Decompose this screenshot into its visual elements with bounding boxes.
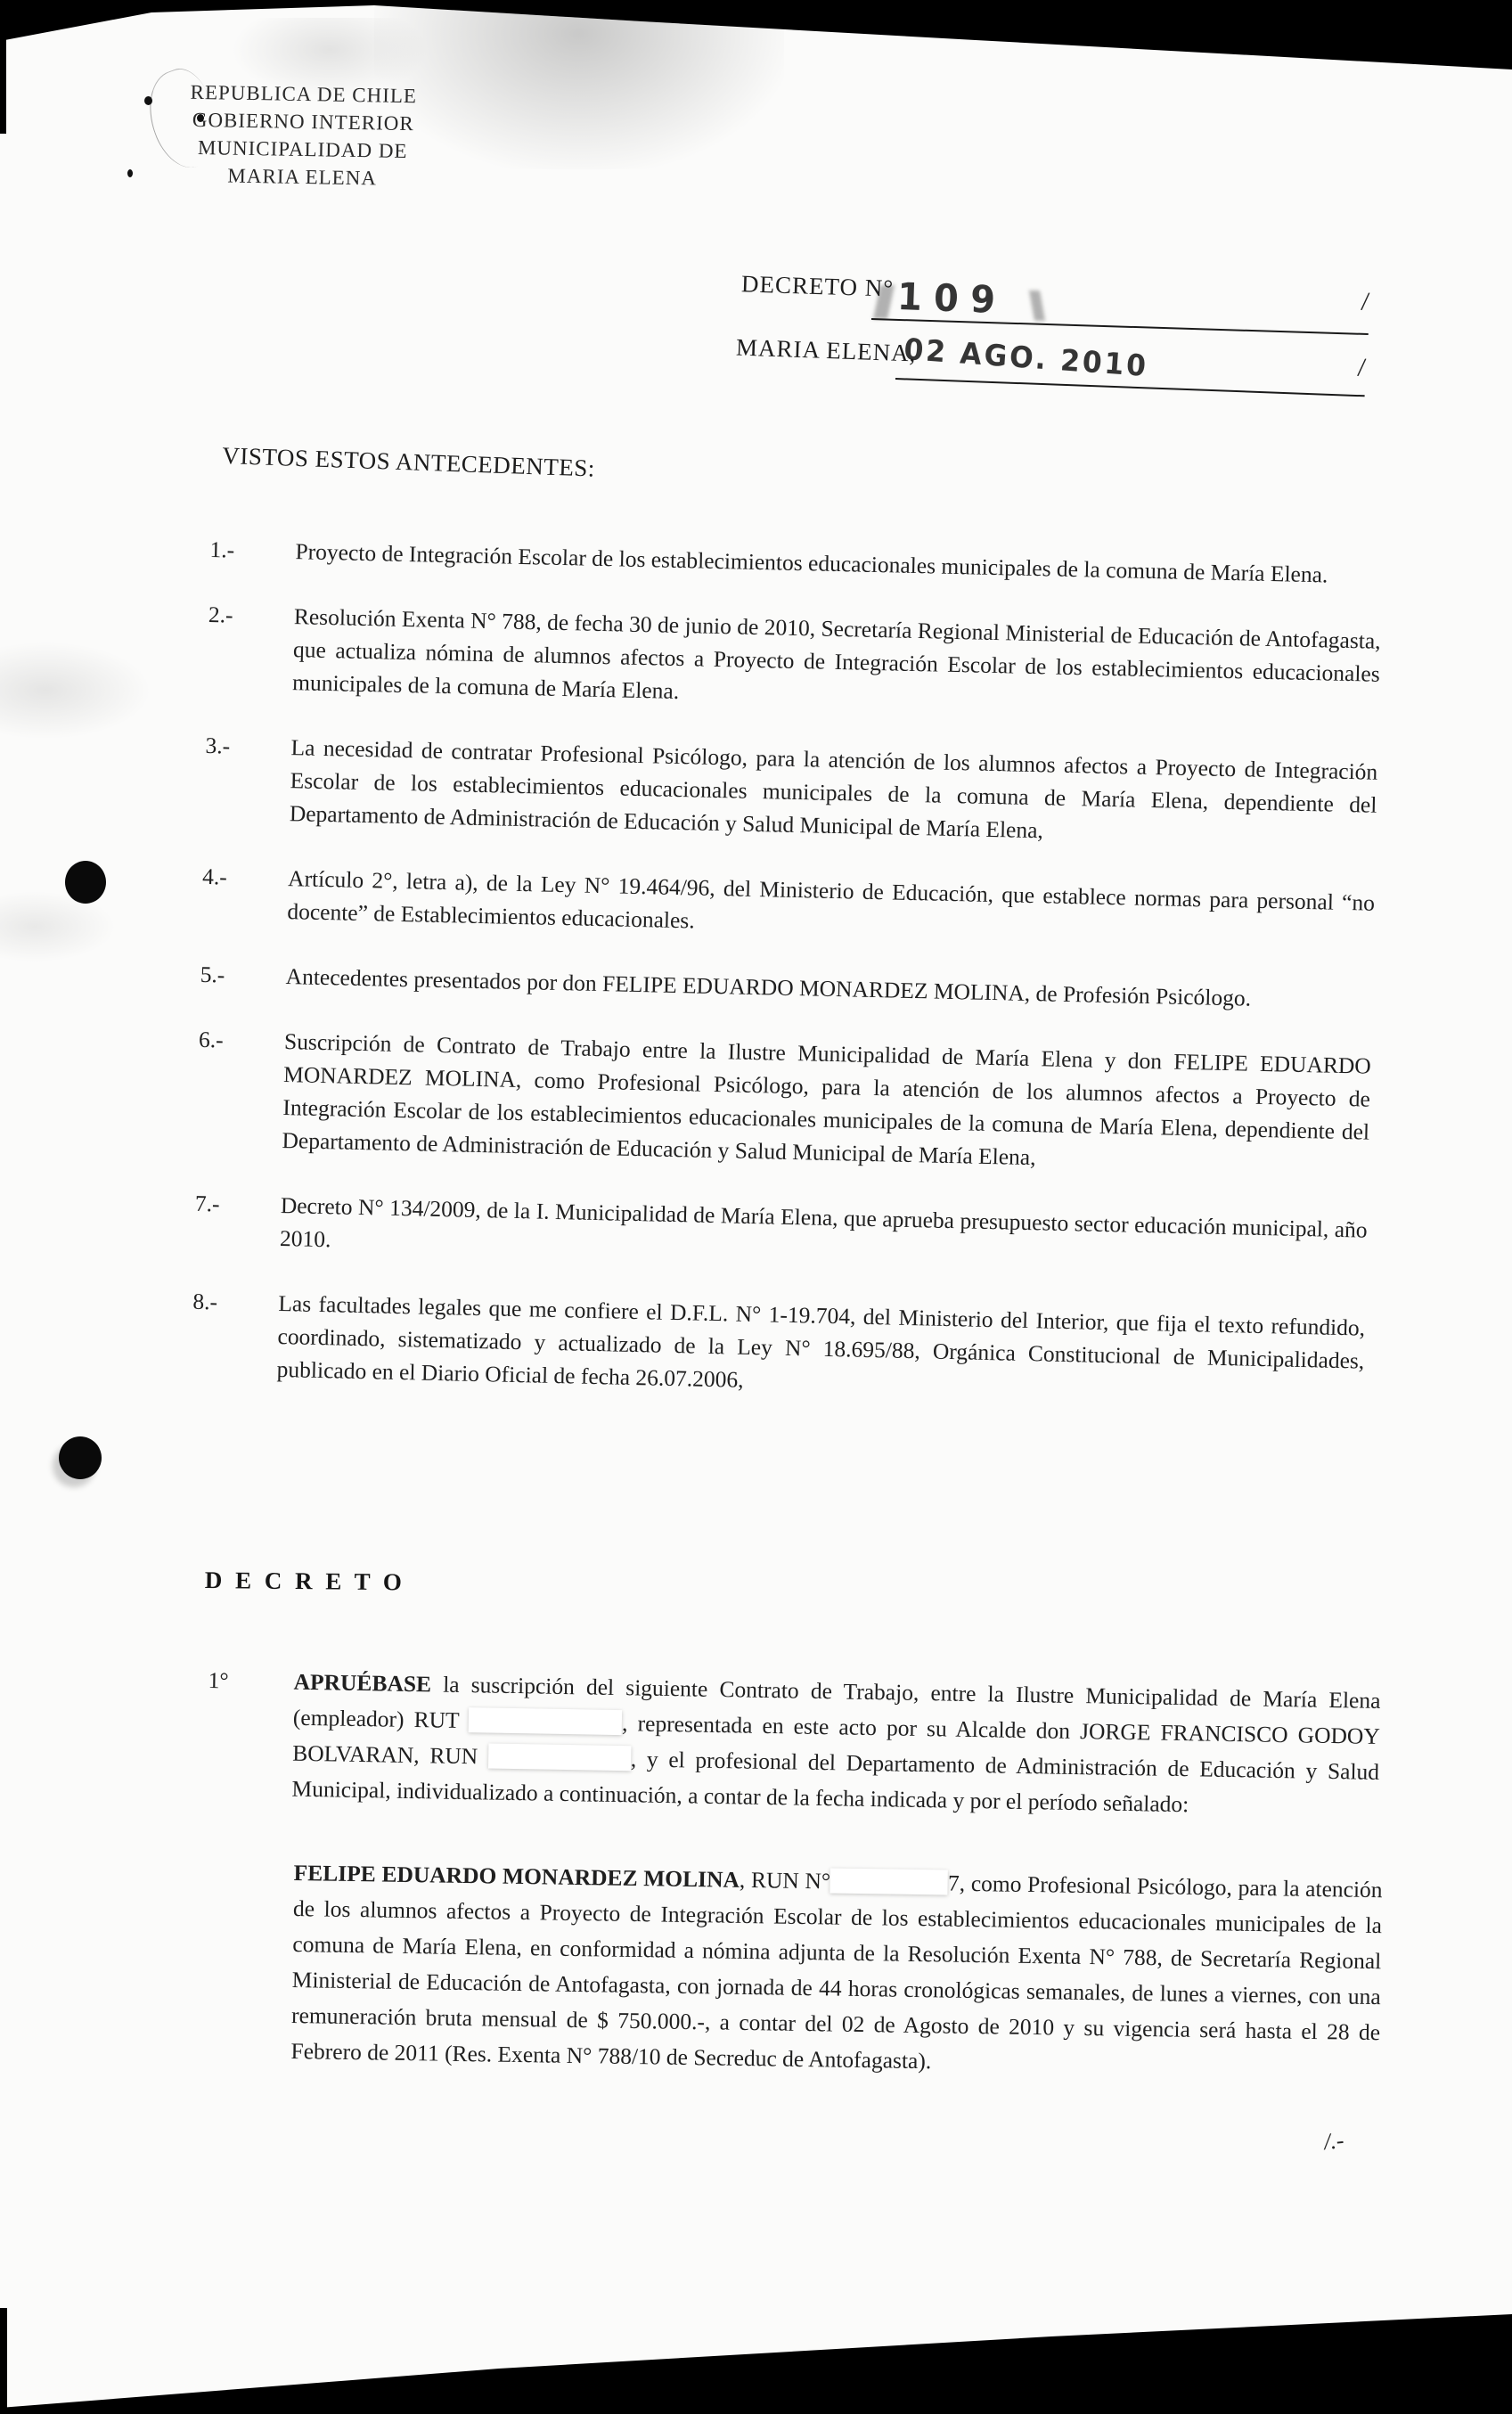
item-number: 2.- xyxy=(207,598,294,699)
item-text: Resolución Exenta N° 788, de fecha 30 de… xyxy=(292,600,1381,724)
contract-text: 7 xyxy=(948,1870,960,1896)
point-1: 1° APRUÉBASE la suscripción del siguient… xyxy=(206,1663,1381,1826)
contract-text: , como Profesional Psicólogo, para la at… xyxy=(290,1870,1382,2074)
point-text-bold: APRUÉBASE xyxy=(293,1669,431,1698)
redaction-box-run xyxy=(488,1743,631,1771)
scan-edge xyxy=(0,36,6,134)
antecedentes-list: 1.- Proyecto de Integración Escolar de l… xyxy=(191,533,1383,1443)
scan-smudge xyxy=(0,642,151,740)
contract-text: , RUN N° xyxy=(740,1867,831,1894)
item-number: 8.- xyxy=(191,1285,278,1386)
item-number: 3.- xyxy=(203,729,290,830)
item-number: 7.- xyxy=(194,1187,282,1255)
point-number: 1° xyxy=(208,1663,229,1698)
paper-sheet: REPUBLICA DE CHILE GOBIERNO INTERIOR MUN… xyxy=(0,0,1512,2414)
antecedente-item: 1.- Proyecto de Integración Escolar de l… xyxy=(209,533,1383,593)
antecedente-item: 5.- Antecedentes presentados por don FEL… xyxy=(200,958,1373,1018)
antecedente-item: 3.- La necesidad de contratar Profesiona… xyxy=(203,729,1377,855)
punch-hole-mark xyxy=(59,1436,102,1479)
contract-paragraph: FELIPE EDUARDO MONARDEZ MOLINA, RUN N°7,… xyxy=(290,1855,1383,2086)
decree-number-label: DECRETO N° xyxy=(741,270,895,302)
antecedente-item: 4.- Artículo 2°, letra a), de la Ley N° … xyxy=(201,860,1375,953)
scan-wrinkle-shadow xyxy=(374,0,784,169)
redaction-box-rut xyxy=(469,1707,622,1735)
slash-mark: / xyxy=(1360,287,1370,318)
ink-dot xyxy=(197,114,204,122)
item-text: Las facultades legales que me confiere e… xyxy=(276,1287,1365,1411)
contract-name-bold: FELIPE EDUARDO MONARDEZ MOLINA xyxy=(293,1860,740,1893)
item-number: 1.- xyxy=(209,533,296,568)
item-text: Decreto N° 134/2009, de la I. Municipali… xyxy=(280,1189,1368,1280)
antecedente-item: 6.- Suscripción de Contrato de Trabajo e… xyxy=(196,1023,1371,1182)
letterhead-line: REPUBLICA DE CHILE xyxy=(179,78,429,110)
ink-dot xyxy=(144,96,152,105)
vistos-heading: VISTOS ESTOS ANTECEDENTES: xyxy=(222,442,595,483)
antecedente-item: 8.- Las facultades legales que me confie… xyxy=(191,1285,1365,1411)
slash-mark: / xyxy=(1356,353,1367,384)
item-number: 5.- xyxy=(200,958,286,993)
item-text: Artículo 2°, letra a), de la Ley N° 19.4… xyxy=(287,862,1375,953)
decree-number-stamp: 109 xyxy=(896,274,1008,322)
scan-edge xyxy=(0,2308,7,2414)
item-number: 4.- xyxy=(201,860,289,928)
ink-dot xyxy=(127,169,133,177)
item-text: Suscripción de Contrato de Trabajo entre… xyxy=(282,1025,1371,1182)
decreto-heading: D E C R E T O xyxy=(205,1567,405,1596)
antecedente-item: 2.- Resolución Exenta N° 788, de fecha 3… xyxy=(207,598,1381,724)
redaction-box-run xyxy=(830,1868,948,1894)
letterhead-line: MARIA ELENA xyxy=(177,161,427,193)
scan-smudge xyxy=(0,891,116,962)
date-stamp: 02 AGO. 2010 xyxy=(903,331,1149,383)
decree-number-underline xyxy=(871,318,1369,335)
item-text: Proyecto de Integración Escolar de los e… xyxy=(295,535,1383,593)
page-continuation-mark: /.- xyxy=(1322,2127,1344,2156)
stamp-smudge xyxy=(1029,290,1045,321)
item-number: 6.- xyxy=(196,1023,284,1157)
item-text: Antecedentes presentados por don FELIPE … xyxy=(285,960,1373,1018)
item-text: La necesidad de contratar Profesional Ps… xyxy=(289,731,1377,855)
antecedente-item: 7.- Decreto N° 134/2009, de la I. Munici… xyxy=(194,1187,1368,1280)
punch-hole-mark xyxy=(65,861,106,904)
date-place-label: MARIA ELENA, xyxy=(736,333,917,367)
scanned-decree-page: { "letterhead": { "line1": "REPUBLICA DE… xyxy=(0,0,1512,2414)
